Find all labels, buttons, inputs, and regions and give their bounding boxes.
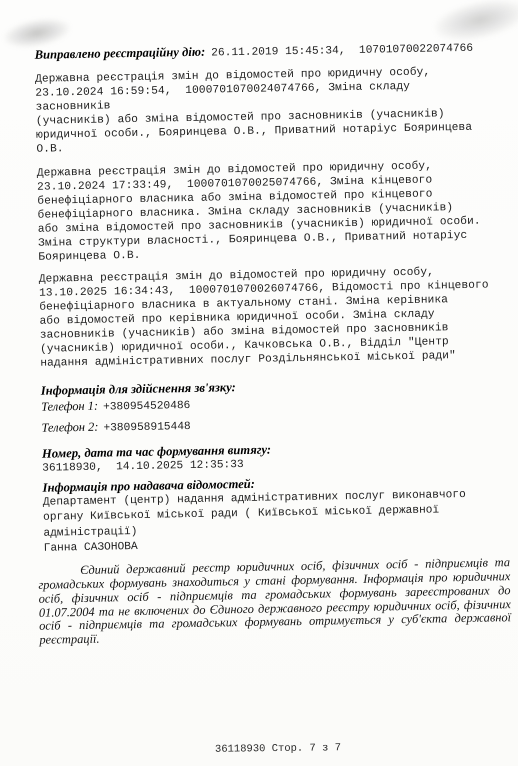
document-content: Виправлено реєстраційну дію:26.11.2019 1…	[35, 39, 498, 647]
page-footer: 36118930 Стор. 7 з 7	[0, 740, 518, 759]
phone-1-value: +380954520486	[103, 400, 190, 414]
document-sheet: Виправлено реєстраційну дію:26.11.2019 1…	[0, 0, 518, 766]
phone-1-label: Телефон 1:	[41, 399, 98, 414]
registration-paragraph-2: Державна реєстрація змін до відомостей п…	[37, 158, 491, 264]
extract-section: Номер, дата та час формування витягу: 36…	[42, 438, 494, 476]
phone-2-label: Телефон 2:	[41, 419, 98, 434]
provider-section: Інформація про надавача відомостей: Депа…	[42, 472, 495, 556]
registration-paragraph-3: Державна реєстрація змін до відомостей п…	[39, 264, 493, 370]
registration-paragraph-1: Державна реєстрація змін до відомостей п…	[35, 64, 488, 156]
scanned-registry-extract-page: { "document": { "corrected_action": { "l…	[0, 0, 518, 766]
registry-disclaimer: Єдиний державний реєстр юридичних осіб, …	[38, 556, 511, 647]
corrected-action-value: 26.11.2019 15:45:34, 10701070022074766	[211, 43, 473, 60]
corrected-action-line: Виправлено реєстраційну дію:26.11.2019 1…	[35, 39, 487, 63]
contact-section: Інформація для здійснення зв'язку: Телеф…	[41, 375, 494, 438]
phone-2-value: +380958915448	[103, 420, 190, 434]
corrected-action-label: Виправлено реєстраційну дію:	[35, 45, 206, 62]
scan-smudge-top-left	[2, 14, 72, 51]
provider-body: Департамент (центр) надання адміністрати…	[43, 487, 496, 541]
